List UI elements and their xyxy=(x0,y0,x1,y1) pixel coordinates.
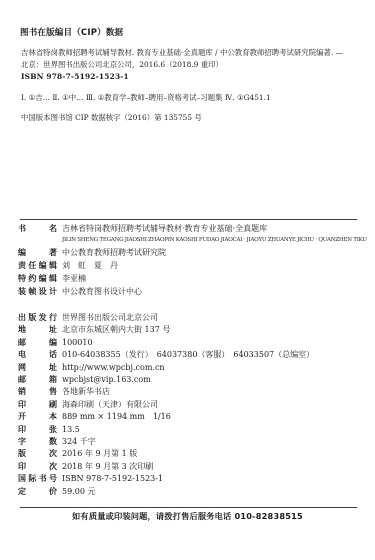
colophon-label: 定价 xyxy=(18,486,57,498)
colophon-row: 开本889 mm × 1194 mm 1/16 xyxy=(18,411,368,423)
colophon-value: 世界图书出版公司北京公司 xyxy=(62,313,158,322)
colophon-row: 电话010-64038355（发行） 64037380（客服） 64033507… xyxy=(18,349,368,361)
colophon-value: 010-64038355（发行） 64037380（客服） 64033507（总… xyxy=(62,350,314,359)
colophon-label: 印张 xyxy=(18,424,57,436)
divider-bottom xyxy=(20,507,357,508)
colophon-book-info: 书名吉林省特岗教师招聘考试辅导教材·教育专业基础·全真题库JILIN SHENG… xyxy=(18,222,368,298)
cip-entry-block: 吉林省特岗教师招聘考试辅导教材. 教育专业基础·全真题库 / 中公教育教师招聘考… xyxy=(21,47,363,83)
colophon-value: http://www.wpcbj.com.cn xyxy=(62,363,165,372)
copyright-page: 图书在版编目（CIP）数据 吉林省特岗教师招聘考试辅导教材. 教育专业基础·全真… xyxy=(0,0,375,560)
colophon-value: 2018 年 9 月第 3 次印刷 xyxy=(62,462,153,471)
colophon-label: 书名 xyxy=(18,222,57,235)
colophon-label: 销售 xyxy=(18,386,57,398)
colophon-row: 国际书号ISBN 978-7-5192-1523-1 xyxy=(18,473,368,485)
colophon-label: 国际书号 xyxy=(18,473,57,485)
colophon-row: 地址北京市东城区朝内大街 137 号 xyxy=(18,324,368,336)
colophon-value: 中公教育图书设计中心 xyxy=(62,287,142,296)
colophon-value: 吉林省特岗教师招聘考试辅导教材·教育专业基础·全真题库 xyxy=(62,224,267,233)
colophon-row: 印次2018 年 9 月第 3 次印刷 xyxy=(18,461,368,473)
colophon-row: 印刷海森印刷（天津）有限公司 xyxy=(18,399,368,411)
colophon-row: 字数324 千字 xyxy=(18,436,368,448)
colophon-label: 责任编辑 xyxy=(18,259,57,272)
colophon-row: 责任编辑刘 虹 夏 丹 xyxy=(18,259,368,272)
colophon-value: 889 mm × 1194 mm 1/16 xyxy=(62,412,171,421)
cip-isbn-line: ISBN 978-7-5192-1523-1 xyxy=(21,71,363,83)
colophon-value: 刘 虹 夏 丹 xyxy=(62,261,118,270)
divider-top xyxy=(20,219,357,220)
service-notice: 如有质量或印装问题，请拨打售后服务电话 010-82838515 xyxy=(0,511,375,522)
colophon-row: 编著中公教育教师招聘考试研究院 xyxy=(18,246,368,259)
colophon-value: 2016 年 9 月第 1 版 xyxy=(62,449,137,458)
colophon-label: 开本 xyxy=(18,411,57,423)
colophon-value: ISBN 978-7-5192-1523-1 xyxy=(62,474,163,483)
cip-entry-line-1: 吉林省特岗教师招聘考试辅导教材. 教育专业基础·全真题库 / 中公教育教师招聘考… xyxy=(21,47,363,59)
colophon-label: 版次 xyxy=(18,448,57,460)
colophon-value: 海森印刷（天津）有限公司 xyxy=(62,400,158,409)
colophon-row: 书名吉林省特岗教师招聘考试辅导教材·教育专业基础·全真题库 xyxy=(18,222,368,235)
colophon-value: 59.00 元 xyxy=(62,487,95,496)
colophon-row: 邮编100010 xyxy=(18,337,368,349)
colophon-value: 100010 xyxy=(62,338,93,347)
colophon-value: 各地新华书店 xyxy=(62,387,110,396)
colophon-row: 出版发行世界图书出版公司北京公司 xyxy=(18,312,368,324)
colophon-row: 定价59.00 元 xyxy=(18,486,368,498)
colophon-value: 13.5 xyxy=(62,425,80,434)
colophon-label: 印刷 xyxy=(18,399,57,411)
cip-classification-line: Ⅰ. ①吉… Ⅱ. ①中… Ⅲ. ①教育学–教师–聘用–资格考试–习题集 Ⅳ. … xyxy=(21,92,363,103)
colophon-label: 编著 xyxy=(18,246,57,259)
cip-entry-line-2: 北京：世界图书出版公司北京公司，2016.6（2018.9 重印） xyxy=(21,59,363,71)
colophon-row: 印张13.5 xyxy=(18,424,368,436)
colophon-row: 网址http://www.wpcbj.com.cn xyxy=(18,362,368,374)
cip-record-line: 中国版本图书馆 CIP 数据核字（2016）第 135755 号 xyxy=(21,112,363,123)
colophon-value: wpcbjst@vip.163.com xyxy=(62,375,151,384)
colophon-label: 装帧设计 xyxy=(18,285,57,298)
colophon-label: 特约编辑 xyxy=(18,272,57,285)
colophon-label: 出版发行 xyxy=(18,312,57,324)
colophon-row: 特约编辑李亚楠 xyxy=(18,272,368,285)
colophon-label: 印次 xyxy=(18,461,57,473)
colophon-label: 邮箱 xyxy=(18,374,57,386)
colophon-label: 字数 xyxy=(18,436,57,448)
cip-heading: 图书在版编目（CIP）数据 xyxy=(20,26,123,38)
colophon-row: 邮箱wpcbjst@vip.163.com xyxy=(18,374,368,386)
colophon-label: 邮编 xyxy=(18,337,57,349)
colophon-value: 324 千字 xyxy=(62,437,96,446)
colophon-row: 装帧设计中公教育图书设计中心 xyxy=(18,285,368,298)
colophon-publication-info: 出版发行世界图书出版公司北京公司地址北京市东城区朝内大街 137 号邮编1000… xyxy=(18,312,368,498)
colophon-value: 李亚楠 xyxy=(62,274,86,283)
colophon-row: 版次2016 年 9 月第 1 版 xyxy=(18,448,368,460)
colophon-label: 电话 xyxy=(18,349,57,361)
colophon-value: 中公教育教师招聘考试研究院 xyxy=(62,248,166,257)
colophon-label: 地址 xyxy=(18,324,57,336)
colophon-value: 北京市东城区朝内大街 137 号 xyxy=(62,325,170,334)
colophon-pinyin: JILIN SHENG TEGANG JIAOSHI ZHAOPIN KAOSH… xyxy=(62,235,368,246)
colophon-row: 销售各地新华书店 xyxy=(18,386,368,398)
colophon-label: 网址 xyxy=(18,362,57,374)
